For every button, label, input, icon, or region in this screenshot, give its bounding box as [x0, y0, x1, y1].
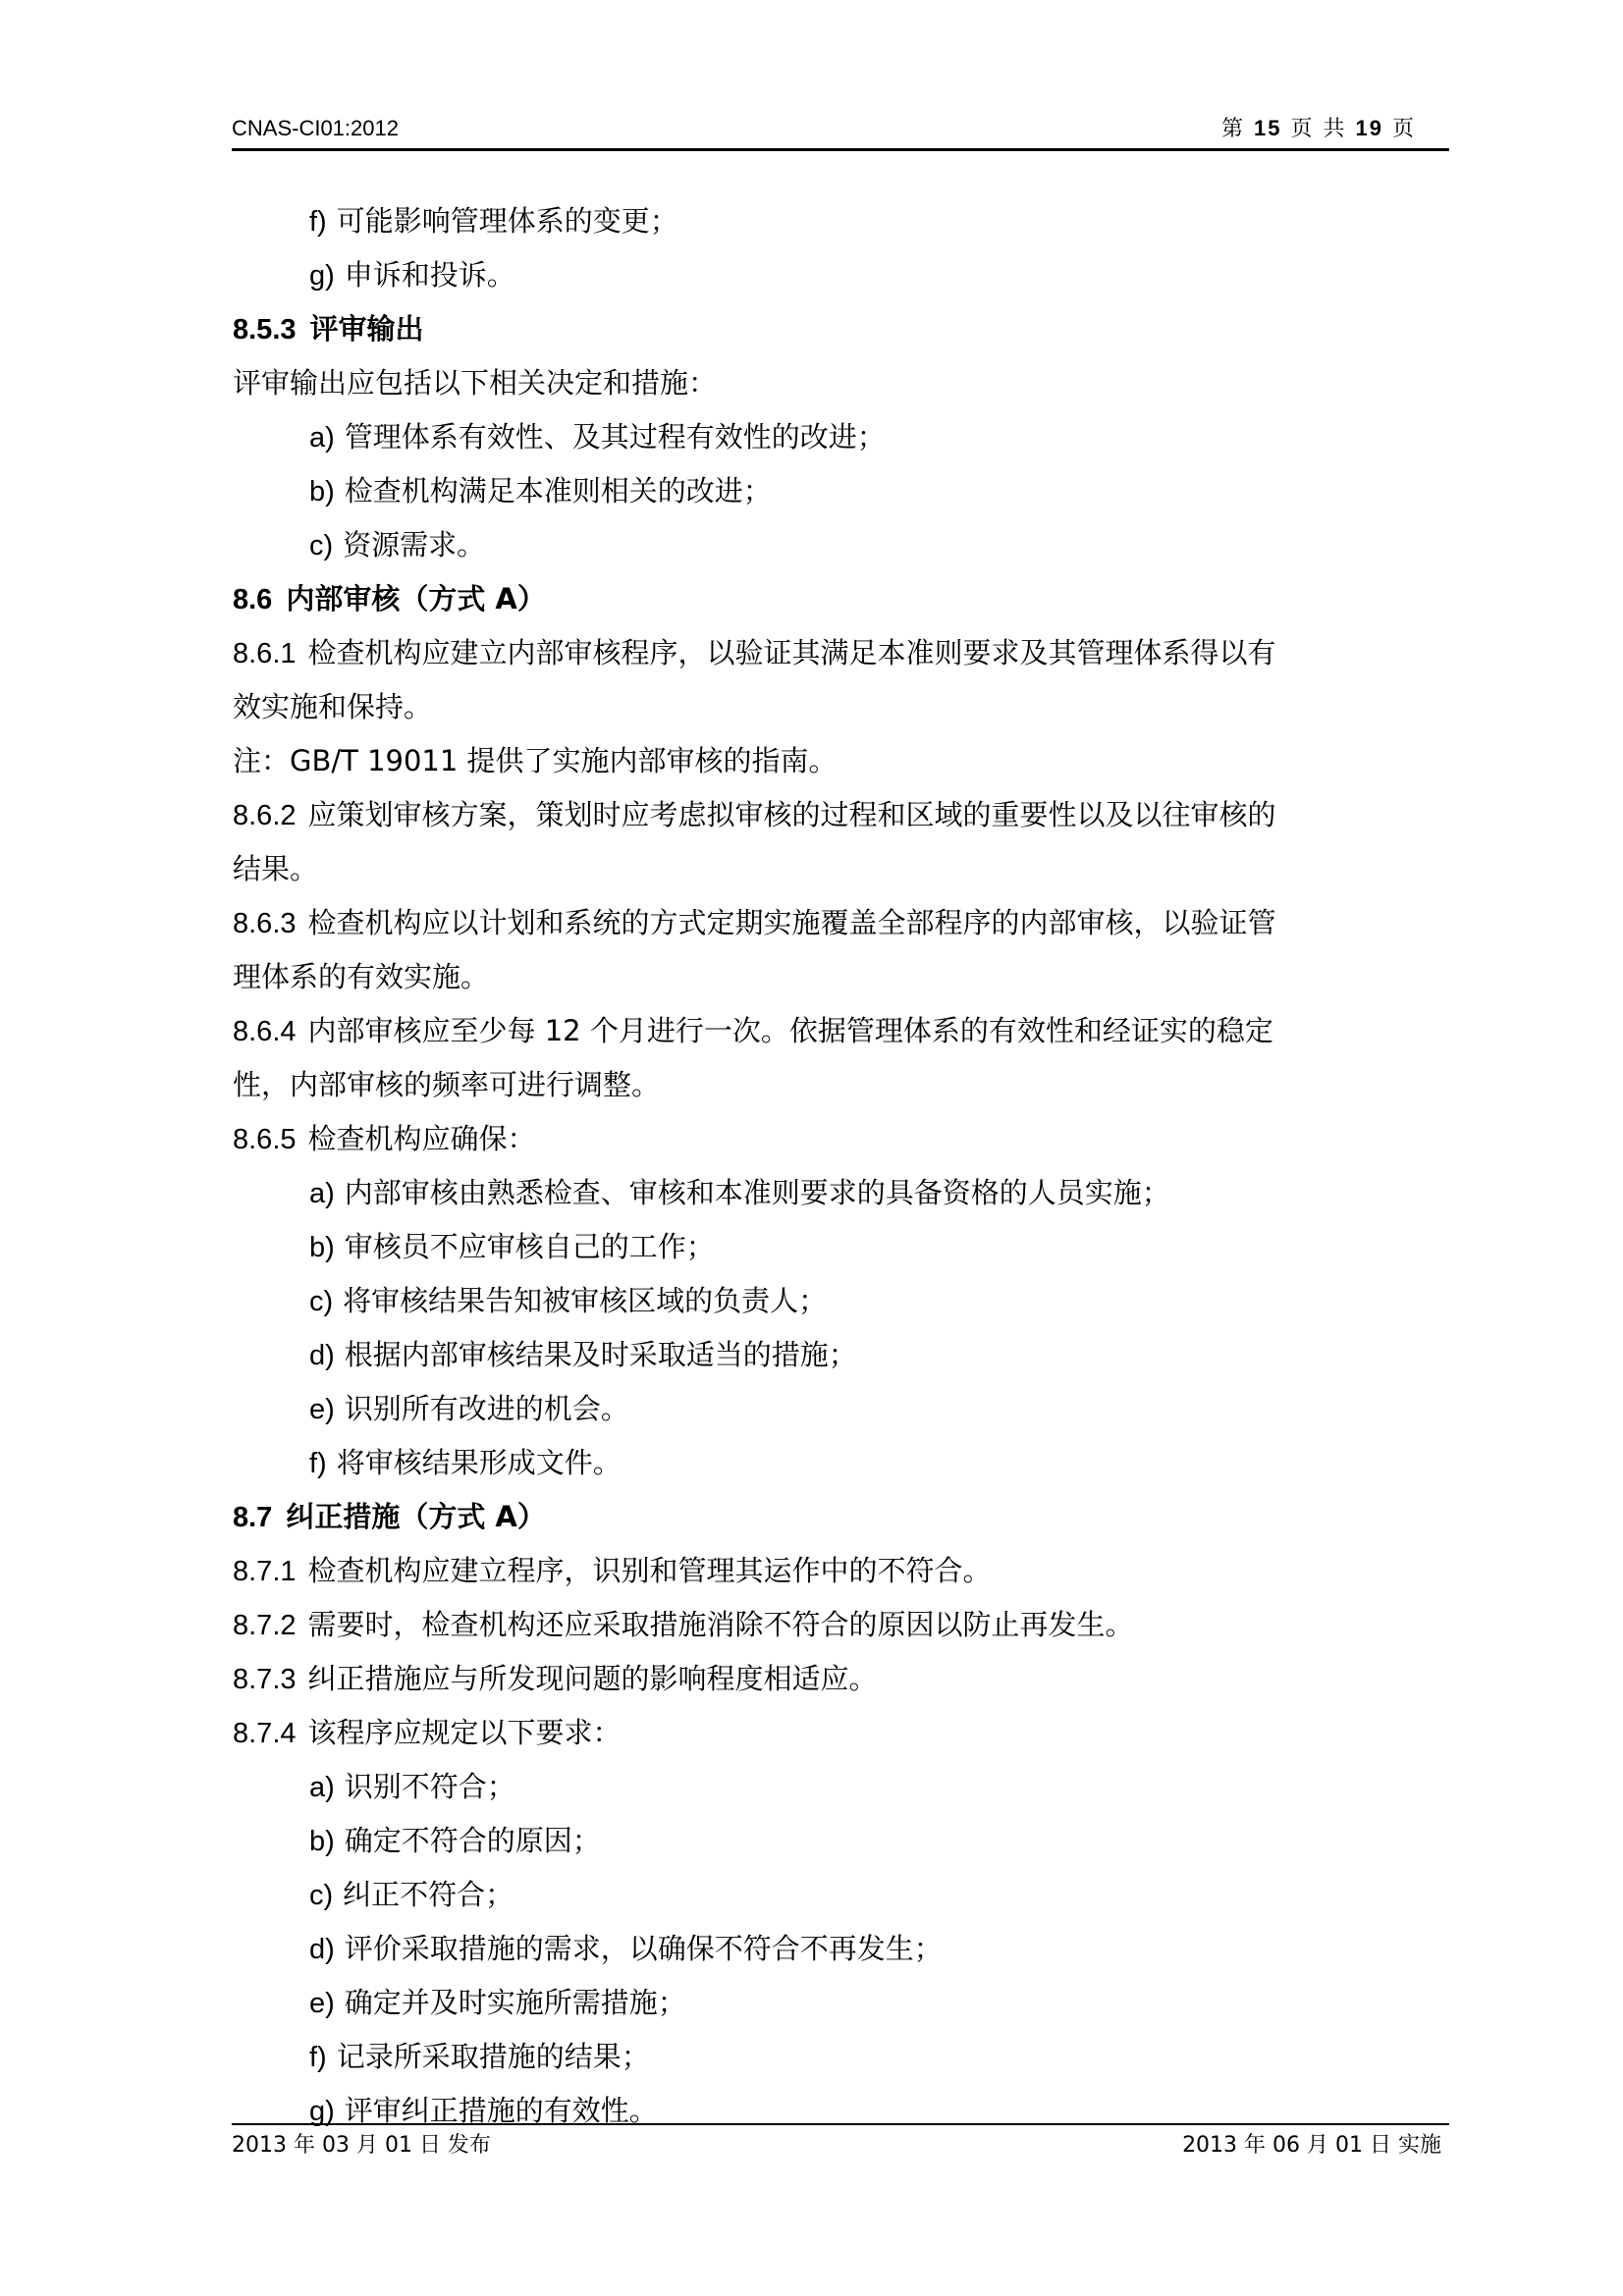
- line-text: 评价采取措施的需求，以确保不符合不再发生；: [345, 1932, 943, 1965]
- list-marker: a): [309, 1772, 335, 1803]
- line-text: 确定并及时实施所需措施；: [345, 1986, 686, 2019]
- line-text: 资源需求。: [343, 528, 485, 561]
- line-text: 内部审核应至少每 12 个月进行一次。依据管理体系的有效性和经证实的稳定: [308, 1014, 1273, 1047]
- current-page: 15: [1254, 116, 1281, 140]
- list-item: b)审核员不应审核自己的工作；: [233, 1220, 1450, 1274]
- line-text: 检查机构应建立程序，识别和管理其运作中的不符合。: [308, 1554, 992, 1587]
- list-marker: e): [309, 1394, 335, 1425]
- clause: 8.6.2应策划审核方案，策划时应考虑拟审核的过程和区域的重要性以及以往审核的: [233, 788, 1450, 842]
- clause-number: 8.7.3: [233, 1664, 297, 1695]
- list-item: b)确定不符合的原因；: [233, 1814, 1450, 1868]
- list-item: b)检查机构满足本准则相关的改进；: [233, 464, 1450, 518]
- line-text: 理体系的有效实施。: [233, 960, 489, 993]
- list-marker: a): [309, 422, 335, 454]
- list-item: a)管理体系有效性、及其过程有效性的改进；: [233, 410, 1450, 464]
- line-text: 将审核结果形成文件。: [337, 1446, 622, 1479]
- clause: 8.7.2需要时，检查机构还应采取措施消除不符合的原因以防止再发生。: [233, 1598, 1450, 1652]
- effective-date: 2013 年 06 月 01 日 实施: [1182, 2130, 1441, 2162]
- list-item: c)资源需求。: [233, 518, 1450, 572]
- footer-divider: [232, 2123, 1449, 2125]
- line-text: 记录所采取措施的结果；: [337, 2040, 650, 2073]
- clause-number: 8.6.4: [233, 1016, 297, 1047]
- section-heading: 8.7纠正措施（方式 A）: [233, 1490, 1450, 1544]
- header-divider: [232, 148, 1449, 151]
- line-text: 需要时，检查机构还应采取措施消除不符合的原因以防止再发生。: [308, 1608, 1134, 1641]
- list-marker: b): [309, 1826, 335, 1857]
- clause-number: 8.6.2: [233, 800, 297, 831]
- page-header: CNAS-CI01:2012 第 15 页 共 19 页: [232, 114, 1449, 143]
- paragraph: 效实施和保持。: [233, 680, 1450, 734]
- list-marker: e): [309, 1988, 335, 2019]
- paragraph: 注：GB/T 19011 提供了实施内部审核的指南。: [233, 734, 1450, 788]
- section-heading: 8.5.3评审输出: [233, 302, 1450, 356]
- line-text: 评审纠正措施的有效性。: [345, 2094, 658, 2127]
- line-text: 识别不符合；: [345, 1770, 515, 1803]
- list-marker: b): [309, 476, 335, 507]
- clause-number: 8.6.1: [233, 638, 297, 669]
- clause: 8.6.3检查机构应以计划和系统的方式定期实施覆盖全部程序的内部审核，以验证管: [233, 896, 1450, 950]
- clause: 8.7.1检查机构应建立程序，识别和管理其运作中的不符合。: [233, 1544, 1450, 1598]
- list-item: d)评价采取措施的需求，以确保不符合不再发生；: [233, 1922, 1450, 1976]
- list-item: f)将审核结果形成文件。: [233, 1436, 1450, 1490]
- paragraph: 理体系的有效实施。: [233, 950, 1450, 1004]
- document-page: CNAS-CI01:2012 第 15 页 共 19 页 f)可能影响管理体系的…: [0, 0, 1623, 2296]
- line-text: 检查机构应确保：: [308, 1122, 536, 1155]
- clause: 8.7.4该程序应规定以下要求：: [233, 1706, 1450, 1760]
- clause: 8.6.4内部审核应至少每 12 个月进行一次。依据管理体系的有效性和经证实的稳…: [233, 1004, 1450, 1058]
- line-text: 评审输出: [310, 312, 424, 346]
- list-marker: c): [309, 530, 333, 561]
- line-text: 纠正不符合；: [343, 1878, 514, 1911]
- page-footer: 2013 年 03 月 01 日 发布 2013 年 06 月 01 日 实施: [232, 2130, 1449, 2162]
- list-item: c)纠正不符合；: [233, 1868, 1450, 1922]
- line-text: 识别所有改进的机会。: [345, 1392, 629, 1425]
- clause: 8.6.1检查机构应建立内部审核程序，以验证其满足本准则要求及其管理体系得以有: [233, 626, 1450, 680]
- line-text: 纠正措施（方式 A）: [286, 1500, 546, 1533]
- line-text: 检查机构应以计划和系统的方式定期实施覆盖全部程序的内部审核，以验证管: [308, 906, 1276, 939]
- line-text: 申诉和投诉。: [345, 258, 515, 292]
- list-marker: c): [309, 1880, 333, 1911]
- document-body: f)可能影响管理体系的变更；g)申诉和投诉。8.5.3评审输出评审输出应包括以下…: [233, 194, 1450, 2138]
- list-marker: g): [309, 260, 335, 292]
- section-heading: 8.6内部审核（方式 A）: [233, 572, 1450, 626]
- clause-number: 8.7.1: [233, 1556, 297, 1587]
- list-item: a)内部审核由熟悉检查、审核和本准则要求的具备资格的人员实施；: [233, 1166, 1450, 1220]
- list-item: f)记录所采取措施的结果；: [233, 2030, 1450, 2084]
- list-marker: c): [309, 1286, 333, 1317]
- list-item: e)确定并及时实施所需措施；: [233, 1976, 1450, 2030]
- total-pages: 19: [1356, 116, 1383, 140]
- list-item: g)申诉和投诉。: [233, 248, 1450, 302]
- line-text: 内部审核（方式 A）: [286, 582, 546, 615]
- line-text: 注：GB/T 19011 提供了实施内部审核的指南。: [233, 744, 838, 777]
- line-text: 评审输出应包括以下相关决定和措施：: [233, 366, 717, 400]
- section-number: 8.5.3: [233, 314, 297, 346]
- line-text: 审核员不应审核自己的工作；: [345, 1230, 715, 1263]
- list-item: e)识别所有改进的机会。: [233, 1382, 1450, 1436]
- list-item: f)可能影响管理体系的变更；: [233, 194, 1450, 248]
- clause-number: 8.7.2: [233, 1610, 297, 1641]
- line-text: 效实施和保持。: [233, 690, 432, 723]
- paragraph: 结果。: [233, 842, 1450, 896]
- paragraph: 性，内部审核的频率可进行调整。: [233, 1058, 1450, 1112]
- line-text: 检查机构应建立内部审核程序，以验证其满足本准则要求及其管理体系得以有: [308, 636, 1276, 669]
- list-item: d)根据内部审核结果及时采取适当的措施；: [233, 1328, 1450, 1382]
- clause-number: 8.6.5: [233, 1124, 297, 1155]
- line-text: 根据内部审核结果及时采取适当的措施；: [345, 1338, 857, 1371]
- section-number: 8.7: [233, 1502, 272, 1533]
- paragraph: 评审输出应包括以下相关决定和措施：: [233, 356, 1450, 410]
- clause: 8.7.3纠正措施应与所发现问题的影响程度相适应。: [233, 1652, 1450, 1706]
- line-text: 可能影响管理体系的变更；: [337, 204, 678, 238]
- line-text: 结果。: [233, 852, 318, 885]
- clause: 8.6.5检查机构应确保：: [233, 1112, 1450, 1166]
- line-text: 确定不符合的原因；: [345, 1824, 601, 1857]
- line-text: 内部审核由熟悉检查、审核和本准则要求的具备资格的人员实施；: [345, 1176, 1170, 1209]
- list-marker: d): [309, 1934, 335, 1965]
- list-marker: a): [309, 1178, 335, 1209]
- list-marker: f): [309, 2042, 327, 2073]
- line-text: 检查机构满足本准则相关的改进；: [345, 474, 772, 507]
- list-item: c)将审核结果告知被审核区域的负责人；: [233, 1274, 1450, 1328]
- issue-date: 2013 年 03 月 01 日 发布: [232, 2130, 491, 2162]
- line-text: 性，内部审核的频率可进行调整。: [233, 1068, 660, 1101]
- section-number: 8.6: [233, 584, 272, 615]
- clause-number: 8.7.4: [233, 1718, 297, 1749]
- line-text: 该程序应规定以下要求：: [308, 1716, 622, 1749]
- line-text: 纠正措施应与所发现问题的影响程度相适应。: [308, 1662, 878, 1695]
- list-item: a)识别不符合；: [233, 1760, 1450, 1814]
- list-marker: f): [309, 206, 327, 238]
- document-code: CNAS-CI01:2012: [232, 114, 399, 143]
- line-text: 应策划审核方案，策划时应考虑拟审核的过程和区域的重要性以及以往审核的: [308, 798, 1276, 831]
- page-number: 第 15 页 共 19 页: [1221, 114, 1416, 144]
- clause-number: 8.6.3: [233, 908, 297, 939]
- list-marker: d): [309, 1340, 335, 1371]
- list-marker: f): [309, 1448, 327, 1479]
- line-text: 将审核结果告知被审核区域的负责人；: [343, 1284, 827, 1317]
- line-text: 管理体系有效性、及其过程有效性的改进；: [345, 420, 886, 454]
- list-marker: b): [309, 1232, 335, 1263]
